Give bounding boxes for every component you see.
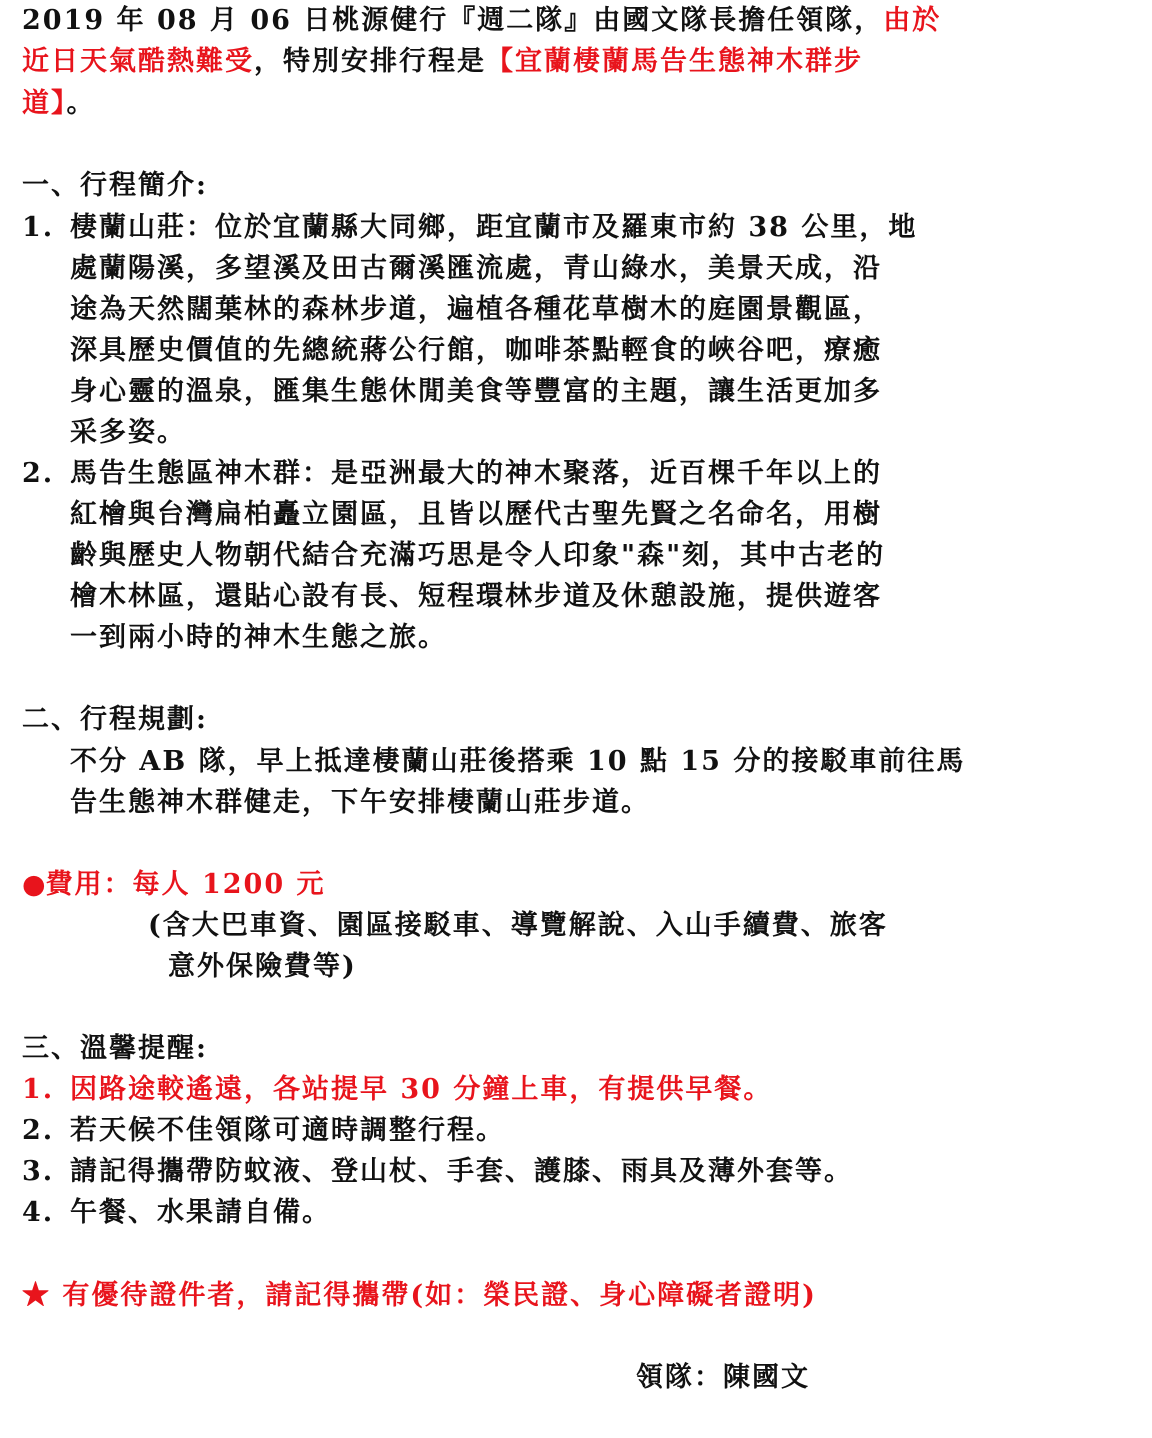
item-number: 1. <box>22 208 70 248</box>
plan-text: 告生態神木群健走，下午安排棲蘭山莊步道。 <box>70 783 650 823</box>
reminder-item-2: 2.若天候不佳領隊可適時調整行程。 <box>22 1111 505 1151</box>
item-text: 因路途較遙遠，各站提早 30 分鐘上車，有提供早餐。 <box>70 1074 772 1105</box>
intro-text: 。 <box>67 88 96 119</box>
fee-detail: (含大巴車資、園區接駁車、導覽解說、入山手續費、旅客 <box>148 906 888 946</box>
item-number: 4. <box>22 1193 70 1233</box>
item-text-continued: 處蘭陽溪，多望溪及田古爾溪匯流處，青山綠水，美景天成，沿 <box>70 249 882 289</box>
intro-text: 2019 年 08 月 06 日桃源健行『週二隊』由國文隊長擔任領隊， <box>22 5 883 36</box>
notice-text: 有優待證件者，請記得攜帶(如：榮民證、身心障礙者證明) <box>51 1280 817 1311</box>
item-text: 午餐、水果請自備。 <box>70 1197 331 1228</box>
reminder-item-1: 1.因路途較遙遠，各站提早 30 分鐘上車，有提供早餐。 <box>22 1070 772 1110</box>
item-text-continued: 檜木林區，還貼心設有長、短程環林步道及休憩設施，提供遊客 <box>70 577 882 617</box>
section-heading-reminders: 三、溫馨提醒: <box>22 1029 208 1069</box>
itinerary-item-2: 2.馬告生態區神木群：是亞洲最大的神木聚落，近百棵千年以上的 <box>22 454 882 494</box>
item-text-continued: 深具歷史價值的先總統蔣公行館，咖啡茶點輕食的峽谷吧，療癒 <box>70 331 882 371</box>
intro-line-3: 道】。 <box>22 84 96 124</box>
item-text-continued: 途為天然闊葉林的森林步道，遍植各種花草樹木的庭園景觀區， <box>70 290 882 330</box>
item-text-continued: 采多姿。 <box>70 413 186 453</box>
item-number: 3. <box>22 1152 70 1192</box>
fee-detail-continued: 意外保險費等) <box>168 947 357 987</box>
star-icon: ★ <box>22 1280 51 1311</box>
item-text-continued: 紅檜與台灣扁柏矗立園區，且皆以歷代古聖先賢之名命名，用樹 <box>70 495 882 535</box>
reminder-item-4: 4.午餐、水果請自備。 <box>22 1193 331 1233</box>
fee-label: 費用：每人 1200 元 <box>46 869 326 900</box>
intro-highlight: 近日天氣酷熱難受 <box>22 46 254 77</box>
leader-signature: 領隊：陳國文 <box>636 1358 810 1398</box>
section-heading-itinerary-intro: 一、行程簡介: <box>22 166 208 206</box>
intro-line-1: 2019 年 08 月 06 日桃源健行『週二隊』由國文隊長擔任領隊，由於 <box>22 1 941 41</box>
discount-id-notice: ★ 有優待證件者，請記得攜帶(如：榮民證、身心障礙者證明) <box>22 1276 817 1316</box>
item-number: 1. <box>22 1070 70 1110</box>
item-text: 請記得攜帶防蚊液、登山杖、手套、護膝、雨具及薄外套等。 <box>70 1156 853 1187</box>
item-text-continued: 一到兩小時的神木生態之旅。 <box>70 618 447 658</box>
intro-line-2: 近日天氣酷熱難受，特別安排行程是【宜蘭棲蘭馬告生態神木群步 <box>22 42 863 82</box>
item-number: 2. <box>22 1111 70 1151</box>
red-dot-bullet-icon: ● <box>22 869 46 900</box>
item-text: 若天候不佳領隊可適時調整行程。 <box>70 1115 505 1146</box>
itinerary-item-1: 1.棲蘭山莊：位於宜蘭縣大同鄉，距宜蘭市及羅東市約 38 公里，地 <box>22 208 917 248</box>
item-text-continued: 齡與歷史人物朝代結合充滿巧思是令人印象"森"刻，其中古老的 <box>70 536 885 576</box>
intro-text: ，特別安排行程是 <box>254 46 486 77</box>
item-number: 2. <box>22 454 70 494</box>
reminder-item-3: 3.請記得攜帶防蚊液、登山杖、手套、護膝、雨具及薄外套等。 <box>22 1152 853 1192</box>
item-text-continued: 身心靈的溫泉，匯集生態休閒美食等豐富的主題，讓生活更加多 <box>70 372 882 412</box>
trail-name-highlight: 道】 <box>22 88 67 119</box>
item-text: 棲蘭山莊：位於宜蘭縣大同鄉，距宜蘭市及羅東市約 38 公里，地 <box>70 212 917 243</box>
item-text: 馬告生態區神木群：是亞洲最大的神木聚落，近百棵千年以上的 <box>70 458 882 489</box>
intro-highlight: 由於 <box>883 5 941 36</box>
fee-line: ●費用：每人 1200 元 <box>22 865 326 905</box>
plan-text: 不分 AB 隊，早上抵達棲蘭山莊後搭乘 10 點 15 分的接駁車前往馬 <box>70 742 965 782</box>
trail-name-highlight: 【宜蘭棲蘭馬告生態神木群步 <box>486 46 863 77</box>
section-heading-itinerary-plan: 二、行程規劃: <box>22 700 208 740</box>
